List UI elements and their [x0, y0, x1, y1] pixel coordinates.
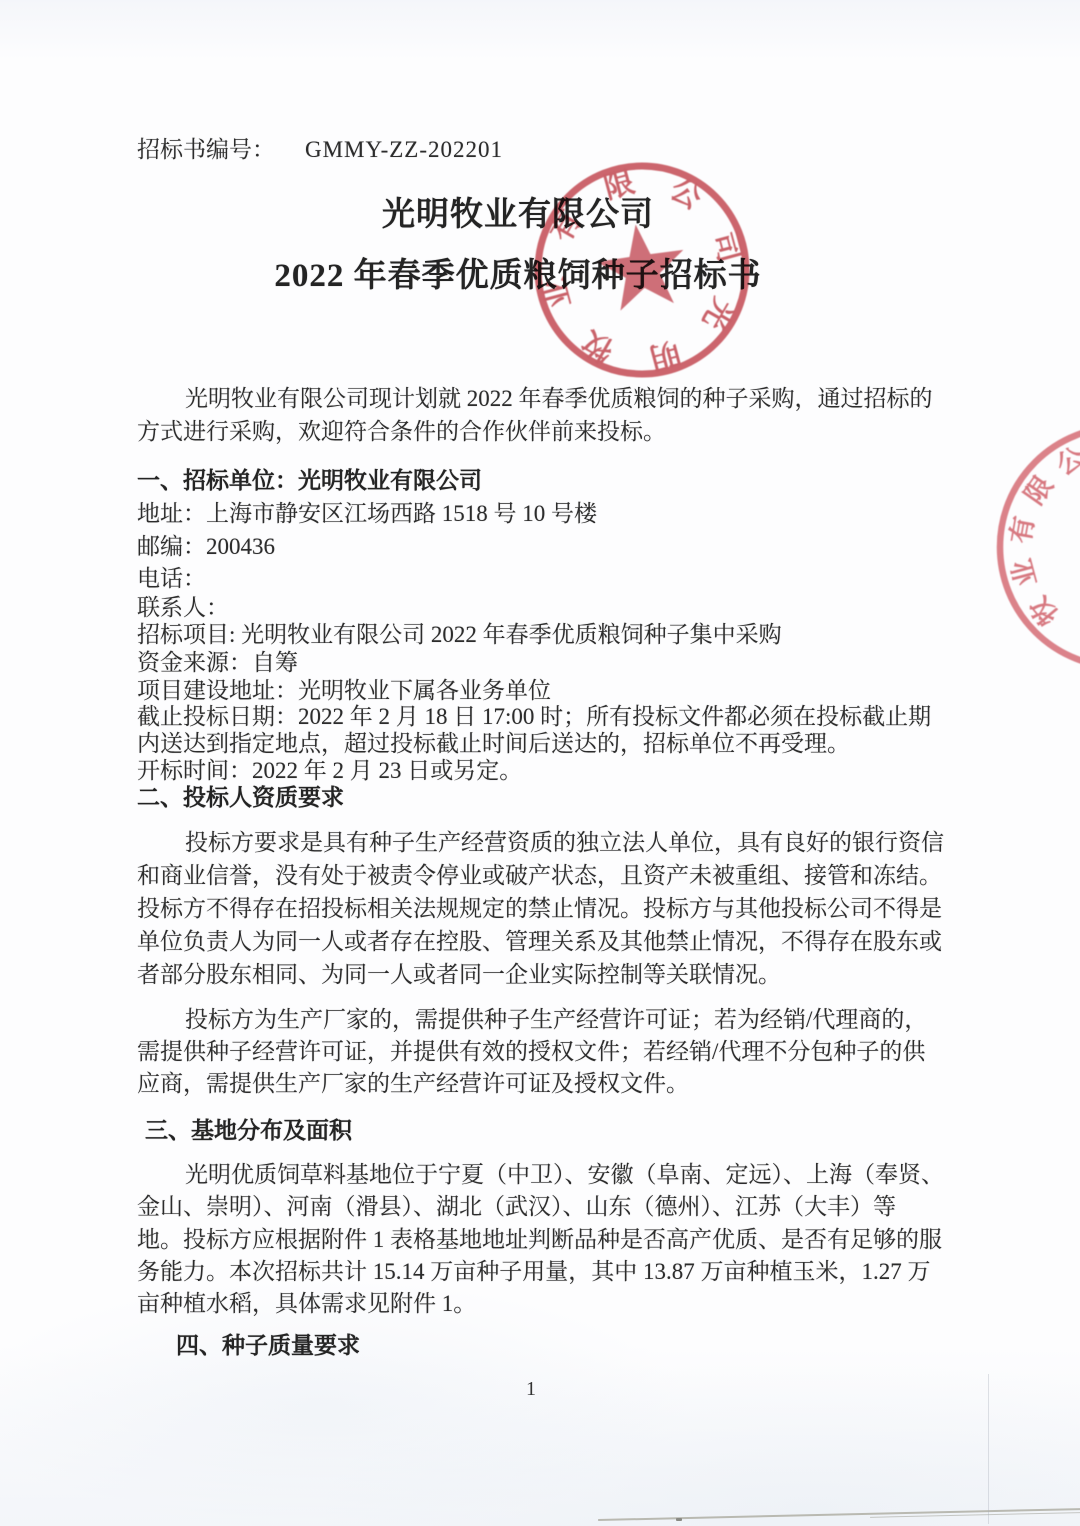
section-heading-2: 二、投标人资质要求 — [137, 783, 952, 813]
seal-char: 光 — [696, 293, 740, 335]
doc-number-label: 招标书编号： — [137, 137, 275, 162]
license-line: 投标方为生产厂家的，需提供种子生产经营许可证；若为经销/代理商的， — [137, 1005, 1000, 1035]
document-page: 招标书编号：GMMY-ZZ-202201 光明牧业有限公司 2022 年春季优质… — [0, 0, 1080, 1526]
opening-time-line: 开标时间：2022 年 2 月 23 日或另定。 — [137, 756, 952, 786]
document-title: 光明牧业有限公司 — [0, 188, 1036, 235]
seal-char: 公 — [665, 172, 707, 216]
base-line: 光明优质饲草料基地位于宁夏（中卫）、安徽（阜南、定远）、上海（奉贤、 — [137, 1160, 1000, 1190]
seal-char: 限 — [601, 166, 639, 206]
doc-number-line: 招标书编号：GMMY-ZZ-202201 — [137, 131, 503, 164]
seal-char: 业 — [538, 274, 578, 312]
license-line: 应商，需提供生产厂家的生产经营许可证及授权文件。 — [137, 1069, 952, 1099]
section-heading-3: 三、基地分布及面积 — [145, 1116, 960, 1146]
company-seal-stamp: 光 明 牧 业 有 限 公 司 — [524, 152, 762, 390]
qualification-line: 单位负责人为同一人或者存在控股、管理关系及其他禁止情况，不得存在股东或 — [137, 927, 952, 957]
document-subtitle: 2022 年春季优质粮饲种子招标书 — [0, 249, 1036, 296]
section-heading-4: 四、种子质量要求 — [176, 1331, 991, 1361]
qualification-line: 者部分股东相同、为同一人或者同一企业实际控制等关联情况。 — [137, 960, 952, 990]
page-number: 1 — [526, 1378, 536, 1401]
qualification-line: 投标方要求是具有种子生产经营资质的独立法人单位，具有良好的银行资信 — [137, 828, 1000, 858]
scan-speck — [676, 1518, 682, 1521]
funding-line: 资金来源：自筹 — [137, 648, 952, 678]
qualification-line: 投标方不得存在招投标相关法规规定的禁止情况。投标方与其他投标公司不得是 — [137, 894, 952, 924]
contact-line: 联系人： — [137, 593, 952, 623]
seal-char: 明 — [646, 335, 684, 375]
address-line: 地址：上海市静安区江场西路 1518 号 10 号楼 — [137, 499, 952, 529]
base-line: 亩种植水稻，具体需求见附件 1。 — [137, 1289, 952, 1319]
seal-star-icon — [592, 218, 690, 313]
base-line: 地。投标方应根据附件 1 表格基地地址判断品种是否高产优质、是否有足够的服 — [137, 1225, 952, 1255]
qualification-line: 和商业信誉，没有处于被责令停业或破产状态，且资产未被重组、接管和冻结。 — [137, 861, 952, 891]
project-line: 招标项目: 光明牧业有限公司 2022 年春季优质粮饲种子集中采购 — [137, 620, 952, 650]
seal-char: 有 — [1005, 514, 1039, 546]
partial-seal-ring-text: 牧 业 有 限 公 司 — [1005, 432, 1080, 630]
doc-number-value: GMMY-ZZ-202201 — [305, 137, 503, 162]
section-heading-1: 一、招标单位：光明牧业有限公司 — [137, 466, 952, 496]
base-line: 务能力。本次招标共计 15.14 万亩种子用量，其中 13.87 万亩种植玉米，… — [137, 1257, 952, 1287]
deadline-line-2: 内送达到指定地点，超过投标截止时间后送达的，招标单位不再受理。 — [137, 729, 952, 759]
seal-char: 牧 — [577, 324, 619, 368]
intro-line: 方式进行采购，欢迎符合条件的合作伙伴前来投标。 — [137, 417, 952, 447]
seal-char: 司 — [707, 229, 747, 267]
phone-line: 电话： — [137, 564, 952, 594]
license-line: 需提供种子经营许可证，并提供有效的授权文件；若经销/代理不分包种子的供 — [137, 1037, 952, 1067]
base-line: 金山、崇明）、河南（滑县）、湖北（武汉）、山东（德州）、江苏（大丰）等 — [137, 1192, 952, 1222]
seal-char: 业 — [1006, 556, 1042, 590]
partial-seal-stamp: 牧 业 有 限 公 司 — [980, 407, 1080, 697]
scan-streak — [988, 1374, 989, 1524]
deadline-line: 截止投标日期：2022 年 2 月 18 日 17:00 时；所有投标文件都必须… — [137, 702, 952, 732]
postcode-line: 邮编：200436 — [137, 532, 952, 562]
seal-char: 有 — [544, 205, 588, 247]
